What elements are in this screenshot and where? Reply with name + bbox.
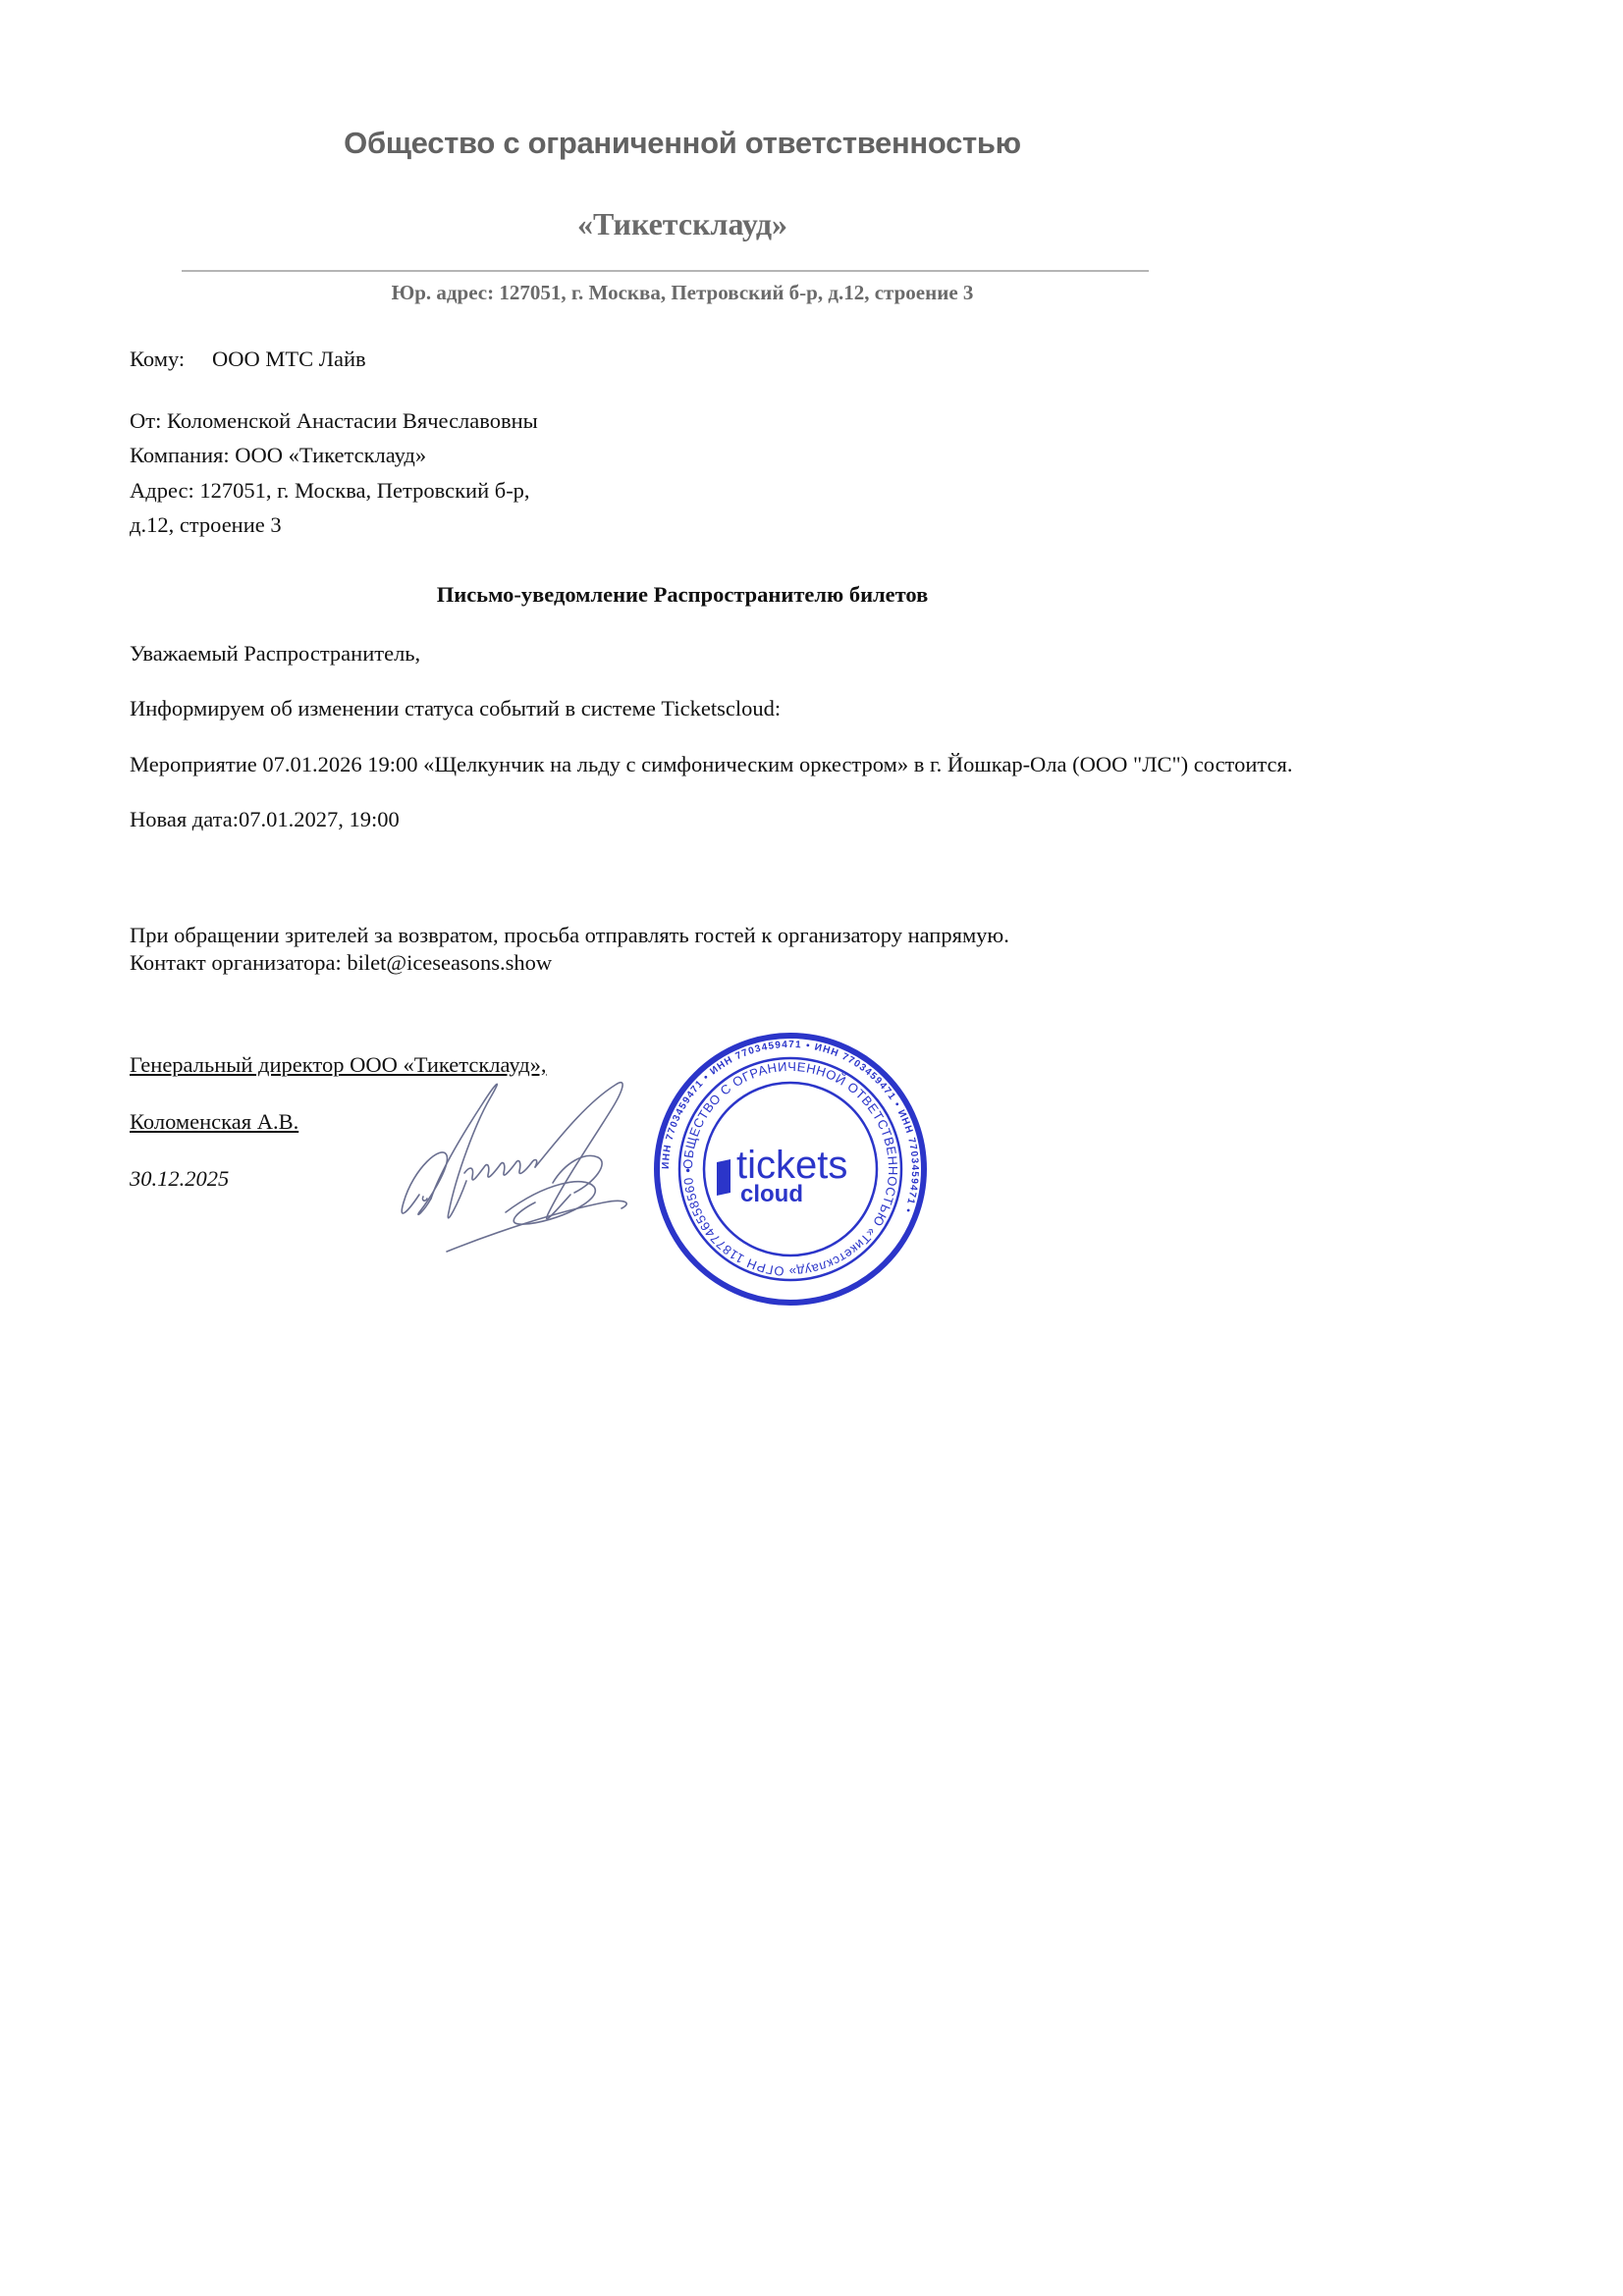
letterhead-legal-address: Юр. адрес: 127051, г. Москва, Петровский… xyxy=(0,281,1365,305)
signoff-name: Коломенская А.В. xyxy=(130,1109,298,1135)
letter-event-status: Мероприятие 07.01.2026 19:00 «Щелкунчик … xyxy=(130,752,1292,777)
letter-greeting: Уважаемый Распространитель, xyxy=(130,641,420,667)
sender-company: Компания: ООО «Тикетсклауд» xyxy=(130,443,426,468)
letter-title: Письмо-уведомление Распространителю биле… xyxy=(0,582,1365,608)
letterhead-divider xyxy=(182,270,1149,272)
document-page: Общество с ограниченной ответственностью… xyxy=(0,0,1623,2296)
letter-intro: Информируем об изменении статуса событий… xyxy=(130,696,781,721)
stamp-logo-cloud: cloud xyxy=(740,1181,803,1207)
sender-name: От: Коломенской Анастасии Вячеславовны xyxy=(130,408,538,434)
to-label: Кому: xyxy=(130,347,185,372)
ticketscloud-logo-mark-icon xyxy=(717,1159,730,1196)
letter-refund-note: При обращении зрителей за возвратом, про… xyxy=(130,923,1009,948)
company-seal-stamp: ИНН 7703459471 • ИНН 7703459471 • ИНН 77… xyxy=(652,1031,929,1308)
letterhead-org-type: Общество с ограниченной ответственностью xyxy=(0,126,1365,161)
to-value: ООО МТС Лайв xyxy=(212,347,366,372)
organizer-contact: Контакт организатора: bilet@iceseasons.s… xyxy=(130,950,552,976)
signoff-date: 30.12.2025 xyxy=(130,1166,229,1192)
sender-address-line2: д.12, строение 3 xyxy=(130,512,282,538)
letterhead-company-name: «Тикетсклауд» xyxy=(0,206,1365,242)
letter-new-date: Новая дата:07.01.2027, 19:00 xyxy=(130,807,400,832)
sender-address-line1: Адрес: 127051, г. Москва, Петровский б-р… xyxy=(130,478,530,504)
handwritten-signature-icon xyxy=(388,1065,673,1261)
